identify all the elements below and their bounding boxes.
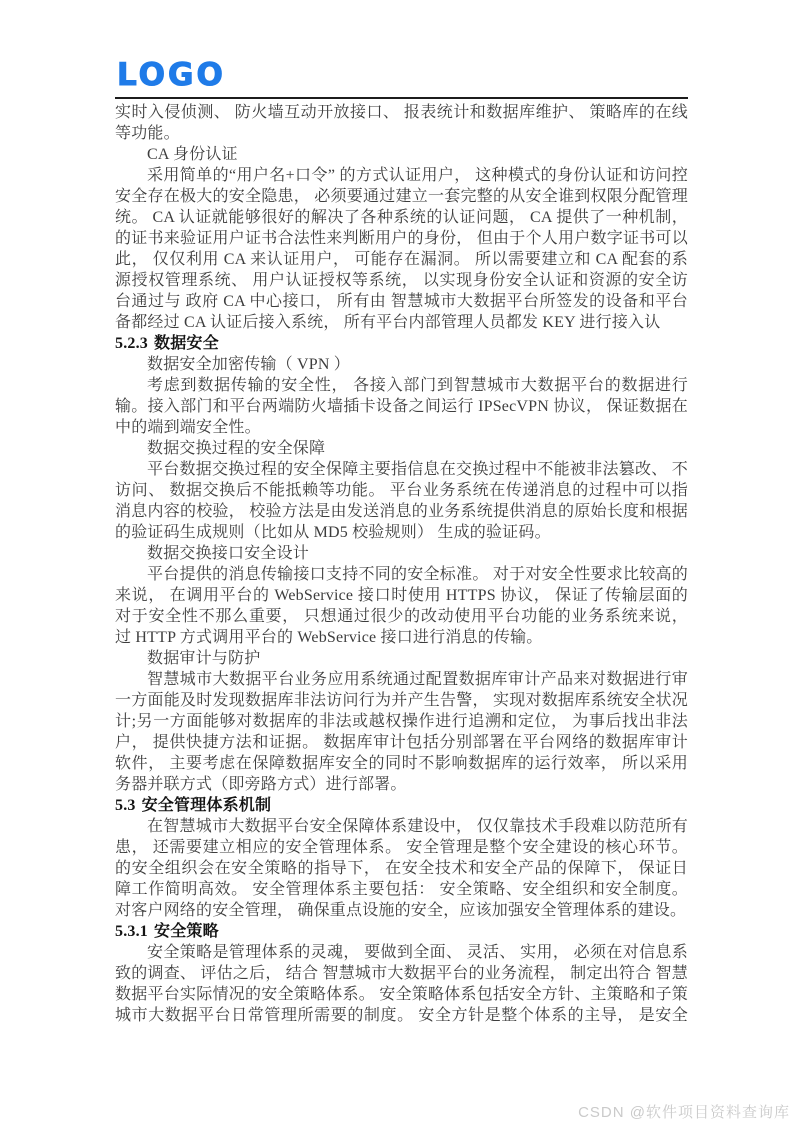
text-line: 统。 CA 认证就能够很好的解决了各种系统的认证问题， CA 提供了一种机制， …	[115, 207, 688, 228]
text-line: 过 HTTP 方式调用平台的 WebService 接口进行消息的传输。	[115, 627, 688, 648]
text-line: 数据交换过程的安全保障	[115, 438, 688, 459]
text-line: 备都经过 CA 认证后接入系统， 所有平台内部管理人员都发 KEY 进行接入认证…	[115, 312, 688, 333]
text-line: 致的调查、 评估之后， 结合 智慧城市大数据平台的业务流程， 制定出符合 智慧城…	[115, 963, 688, 984]
text-line: 平台数据交换过程的安全保障主要指信息在交换过程中不能被非法篡改、 不能被非法	[115, 459, 688, 480]
text-line: 来说， 在调用平台的 WebService 接口时使用 HTTPS 协议， 保证…	[115, 585, 688, 606]
text-line: 访问、 数据交换后不能抵赖等功能。 平台业务系统在传递消息的过程中可以指定是否采…	[115, 480, 688, 501]
text-line: 源授权管理系统、 用户认证授权等系统， 以实现身份安全认证和资源的安全访问控制。…	[115, 270, 688, 291]
watermark: CSDN @软件项目资料查询库	[578, 1103, 790, 1123]
text-line: 患， 还需要建立相应的安全管理体系。 安全管理是整个安全建设的核心环节。 一个有…	[115, 837, 688, 858]
header-divider	[115, 97, 688, 99]
text-line: 的验证码生成规则（比如从 MD5 校验规则） 生成的验证码。	[115, 522, 688, 543]
text-line: 对客户网络的安全管理， 确保重点设施的安全，应该加强安全管理体系的建设。	[115, 900, 688, 921]
section-title: 安全管理体系机制	[142, 797, 272, 814]
text-line: 对于安全性不那么重要， 只想通过很少的改动使用平台功能的业务系统来说， 可以单的…	[115, 606, 688, 627]
text-line: 数据平台实际情况的安全策略体系。 安全策略体系包括安全方针、主策略和子策略和 智…	[115, 984, 688, 1005]
text-line: 考虑到数据传输的安全性， 各接入部门到智慧城市大数据平台的数据进行 VPN 加密…	[115, 375, 688, 396]
company-logo: LOGO	[117, 58, 226, 92]
text-line: 一方面能及时发现数据库非法访问行为并产生告警， 实现对数据库系统安全状况的全面审	[115, 690, 688, 711]
text-line: 安全存在极大的安全隐患， 必须要通过建立一套完整的从安全谁到权限分配管理的认证系	[115, 186, 688, 207]
text-line: 此， 仅仅利用 CA 来认证用户， 可能存在漏洞。 所以需要建立和 CA 配套的…	[115, 249, 688, 270]
section-heading: 5.3.1安全策略	[115, 921, 688, 942]
text-line: 的安全组织会在安全策略的指导下， 在安全技术和安全产品的保障下， 保证日常的安全…	[115, 858, 688, 879]
section-title: 数据安全	[154, 335, 219, 352]
text-line: 数据审计与防护	[115, 648, 688, 669]
text-line: 安全策略是管理体系的灵魂， 要做到全面、 灵活、 实用， 必须在对信息系统进行细	[115, 942, 688, 963]
text-line: 数据交换接口安全设计	[115, 543, 688, 564]
text-line: 在智慧城市大数据平台安全保障体系建设中， 仅仅靠技术手段难以防范所有的安全隐	[115, 816, 688, 837]
text-line: 户， 提供快捷方法和证据。 数据库审计包括分别部署在平台网络的数据库审计和安全防…	[115, 732, 688, 753]
document-body: 实时入侵侦测、 防火墙互动开放接口、 报表统计和数据库维护、 策略库的在线升级支…	[115, 102, 688, 1026]
text-line: 的证书来验证用户证书合法性来判断用户的身份， 但由于个人用户数字证书可以公开， …	[115, 228, 688, 249]
text-line: 城市大数据平台日常管理所需要的制度。 安全方针是整个体系的主导， 是安全策略体系…	[115, 1005, 688, 1026]
section-number: 5.2.3	[115, 335, 154, 352]
text-line: 计;另一方面能够对数据库的非法或越权操作进行追溯和定位， 为事后找出非法或越权用	[115, 711, 688, 732]
section-number: 5.3	[115, 797, 142, 814]
text-line: 采用简单的“用户名+口令” 的方式认证用户， 这种模式的身份认证和访问控制体系	[115, 165, 688, 186]
section-title: 安全策略	[154, 923, 219, 940]
text-line: 等功能。	[115, 123, 688, 144]
text-line: 输。接入部门和平台两端防火墙插卡设备之间运行 IPSecVPN 协议， 保证数据…	[115, 396, 688, 417]
text-line: 消息内容的校验， 校验方法是由发送消息的业务系统提供消息的原始长度和根据某种约定	[115, 501, 688, 522]
section-number: 5.3.1	[115, 923, 154, 940]
text-line: 台通过与 政府 CA 中心接口， 所有由 智慧城市大数据平台所签发的设备和平台管…	[115, 291, 688, 312]
text-line: 数据安全加密传输（ VPN ）	[115, 354, 688, 375]
text-line: 软件， 主要考虑在保障数据库安全的同时不影响数据库的运行效率， 所以采用和数据库…	[115, 753, 688, 774]
text-line: CA 身份认证	[115, 144, 688, 165]
text-line: 实时入侵侦测、 防火墙互动开放接口、 报表统计和数据库维护、 策略库的在线升级支…	[115, 102, 688, 123]
section-heading: 5.3安全管理体系机制	[115, 795, 688, 816]
text-line: 障工作简明高效。 安全管理体系主要包括： 安全策略、安全组织和安全制度。 为了加…	[115, 879, 688, 900]
document-page: LOGO 实时入侵侦测、 防火墙互动开放接口、 报表统计和数据库维护、 策略库的…	[0, 0, 800, 1132]
text-line: 务器并联方式（即旁路方式）进行部署。	[115, 774, 688, 795]
text-line: 智慧城市大数据平台业务应用系统通过配置数据库审计产品来对数据进行审计与防护，	[115, 669, 688, 690]
text-line: 中的端到端安全性。	[115, 417, 688, 438]
section-heading: 5.2.3数据安全	[115, 333, 688, 354]
text-line: 平台提供的消息传输接口支持不同的安全标准。 对于对安全性要求比较高的业务系统	[115, 564, 688, 585]
